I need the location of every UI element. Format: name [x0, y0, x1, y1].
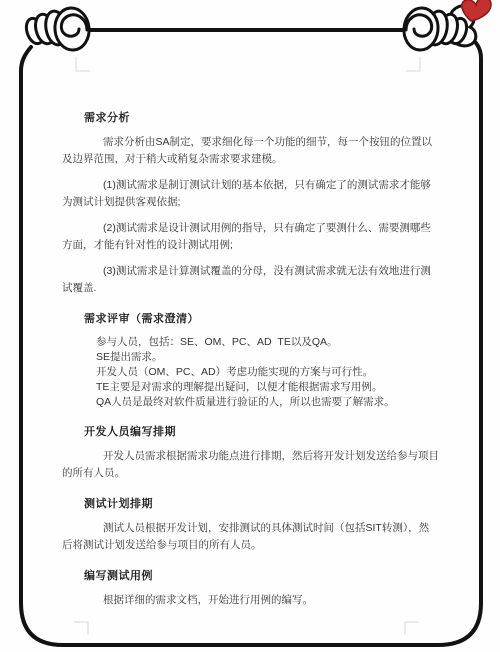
section-heading: 需求分析 — [84, 109, 439, 125]
section-heading: 需求评审（需求澄清） — [84, 310, 439, 326]
section-heading: 开发人员编写排期 — [84, 423, 439, 439]
list-item: 参与人员，包括：SE、OM、PC、AD TE以及QA。 — [96, 335, 439, 350]
paragraph: 测试人员根据开发计划，安排测试的具体测试时间（包括SIT转测），然后将测试计划发… — [62, 520, 439, 554]
paragraph: (2)测试需求是设计测试用例的指导，只有确定了要测什么、需要测哪些方面，才能有针… — [62, 220, 439, 254]
list-item: SE提出需求。 — [96, 350, 439, 365]
hand-grip-left-icon — [23, 6, 91, 51]
list-item: QA人员是最终对软件质量进行验证的人，所以也需要了解需求。 — [96, 395, 439, 410]
paragraph: 开发人员需求根据需求功能点进行排期，然后将开发计划发送给参与项目的所有人员。 — [62, 448, 439, 482]
paragraph: 根据详细的需求文档，开始进行用例的编写。 — [62, 592, 439, 609]
paragraph: 需求分析由SA制定，要求细化每一个功能的细节，每一个按钮的位置以及边界范围，对于… — [62, 134, 439, 168]
paragraph: (1)测试需求是制订测试计划的基本依据，只有确定了的测试需求才能够为测试计划提供… — [62, 177, 439, 211]
section-heading: 编写测试用例 — [84, 567, 439, 583]
paragraph: (3)测试需求是计算测试覆盖的分母，没有测试需求就无法有效地进行测试覆盖. — [62, 263, 439, 297]
heart-icon — [462, 0, 491, 21]
list-item: TE主要是对需求的理解提出疑问，以便才能根据需求写用例。 — [96, 380, 439, 395]
participant-list: 参与人员，包括：SE、OM、PC、AD TE以及QA。SE提出需求。开发人员（O… — [96, 335, 439, 410]
document-page: 需求分析需求分析由SA制定，要求细化每一个功能的细节，每一个按钮的位置以及边界范… — [0, 0, 500, 652]
section-heading: 测试计划排期 — [84, 495, 439, 511]
list-item: 开发人员（OM、PC、AD）考虑功能实现的方案与可行性。 — [96, 365, 439, 380]
document-body: 需求分析需求分析由SA制定，要求细化每一个功能的细节，每一个按钮的位置以及边界范… — [62, 109, 439, 618]
hand-grip-right-icon — [402, 6, 476, 52]
